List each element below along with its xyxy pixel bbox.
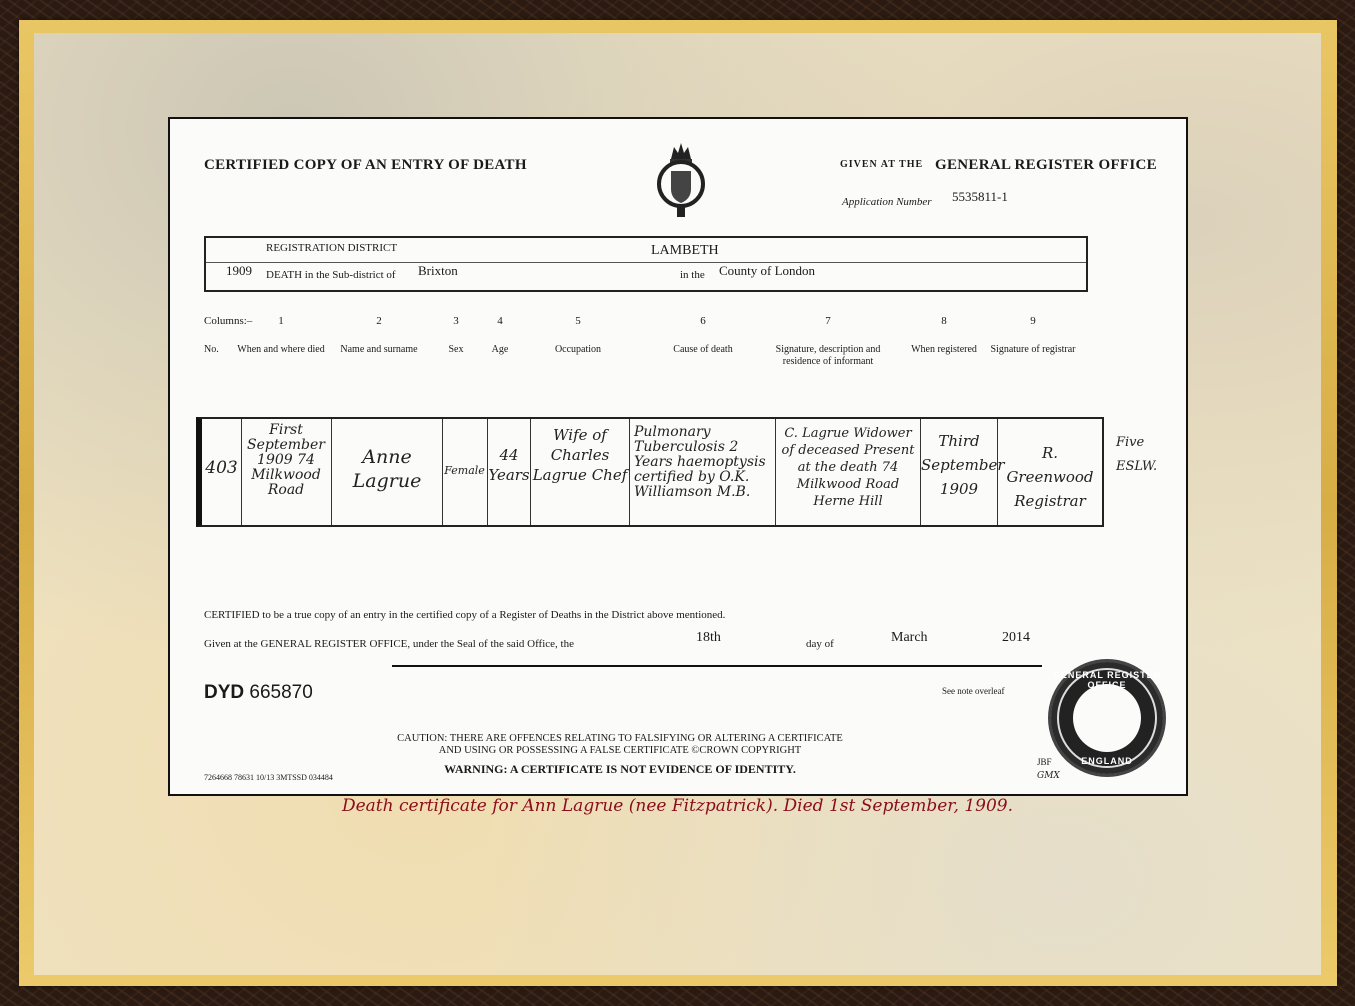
column-number: 2 bbox=[339, 315, 419, 327]
registration-box: REGISTRATION DISTRICT LAMBETH 1909 DEATH… bbox=[204, 236, 1088, 292]
entry-number: 403 bbox=[202, 461, 241, 476]
seal-top-text: GENERAL REGISTER OFFICE bbox=[1051, 670, 1163, 690]
application-number: 5535811-1 bbox=[952, 189, 1008, 205]
caution-line-1: CAUTION: THERE ARE OFFENCES RELATING TO … bbox=[370, 733, 870, 745]
column-header: Signature of registrar bbox=[968, 344, 1098, 356]
column-header: Signature, description and residence of … bbox=[763, 344, 893, 368]
seal-bottom-text: ENGLAND bbox=[1051, 756, 1163, 766]
registration-district-label: REGISTRATION DISTRICT bbox=[266, 242, 397, 254]
county: County of London bbox=[719, 263, 815, 279]
column-number: 5 bbox=[538, 315, 618, 327]
given-text: Given at the GENERAL REGISTER OFFICE, un… bbox=[204, 638, 574, 650]
column-header: Occupation bbox=[513, 344, 643, 356]
entry-informant: C. Lagrue Widower of deceased Present at… bbox=[776, 425, 920, 510]
serial-number: DYD 665870 bbox=[204, 682, 313, 704]
initials: JBF bbox=[1037, 757, 1052, 767]
certificate-month: March bbox=[891, 630, 928, 646]
caution-line-2: AND USING OR POSSESSING A FALSE CERTIFIC… bbox=[370, 745, 870, 757]
royal-crest-icon bbox=[656, 139, 706, 219]
death-certificate: CERTIFIED COPY OF AN ENTRY OF DEATH GIVE… bbox=[168, 117, 1188, 796]
gro-seal-icon: GENERAL REGISTER OFFICE ENGLAND bbox=[1048, 659, 1166, 777]
column-number: 7 bbox=[788, 315, 868, 327]
serial-prefix: DYD bbox=[204, 682, 244, 703]
registration-district: LAMBETH bbox=[651, 243, 719, 259]
day-of-label: day of bbox=[806, 638, 834, 650]
entry-occupation: Wife of Charles Lagrue Chef bbox=[531, 425, 629, 485]
certified-text: CERTIFIED to be a true copy of an entry … bbox=[204, 609, 725, 621]
see-note-overleaf: See note overleaf bbox=[942, 686, 1004, 696]
application-number-label: Application Number bbox=[842, 196, 932, 208]
entry-name: Anne Lagrue bbox=[332, 445, 442, 493]
entry-when-where: First September 1909 74 Milkwood Road bbox=[242, 423, 330, 498]
column-header: Cause of death bbox=[638, 344, 768, 356]
column-number: 8 bbox=[904, 315, 984, 327]
initials-signature: GMX bbox=[1037, 769, 1060, 784]
certificate-day: 18th bbox=[696, 630, 721, 646]
registration-year: 1909 bbox=[226, 263, 252, 279]
certificate-title: CERTIFIED COPY OF AN ENTRY OF DEATH bbox=[204, 157, 527, 174]
given-at-prefix: GIVEN AT THE bbox=[840, 159, 923, 170]
caution-text: CAUTION: THERE ARE OFFENCES RELATING TO … bbox=[370, 733, 870, 757]
entry-age: 44 Years bbox=[488, 445, 530, 485]
subdistrict: Brixton bbox=[418, 263, 458, 279]
entry-when-registered: Third September 1909 bbox=[921, 429, 997, 501]
column-number: 6 bbox=[663, 315, 743, 327]
entry-cause: Pulmonary Tuberculosis 2 Years haemoptys… bbox=[634, 425, 774, 500]
certificate-year: 2014 bbox=[1002, 630, 1030, 646]
entry-sex: Female bbox=[442, 463, 487, 478]
column-number: 1 bbox=[241, 315, 321, 327]
caption: Death certificate for Ann Lagrue (nee Fi… bbox=[0, 796, 1355, 816]
warning-text: WARNING: A CERTIFICATE IS NOT EVIDENCE O… bbox=[370, 762, 870, 777]
serial-digits: 665870 bbox=[249, 682, 312, 703]
column-number: 9 bbox=[993, 315, 1073, 327]
print-code: 7264668 78631 10/13 3MTSSD 034484 bbox=[204, 773, 333, 782]
in-the-label: in the bbox=[680, 269, 705, 281]
entry-registrar: R. Greenwood Registrar bbox=[998, 441, 1102, 513]
given-at-office: GENERAL REGISTER OFFICE bbox=[935, 157, 1157, 174]
death-entry-row: 403 First September 1909 74 Milkwood Roa… bbox=[196, 417, 1104, 527]
subdistrict-label: DEATH in the Sub-district of bbox=[266, 269, 396, 281]
margin-note: Five ESLW. bbox=[1116, 431, 1166, 479]
signature-rule bbox=[392, 665, 1042, 667]
column-number: 4 bbox=[460, 315, 540, 327]
